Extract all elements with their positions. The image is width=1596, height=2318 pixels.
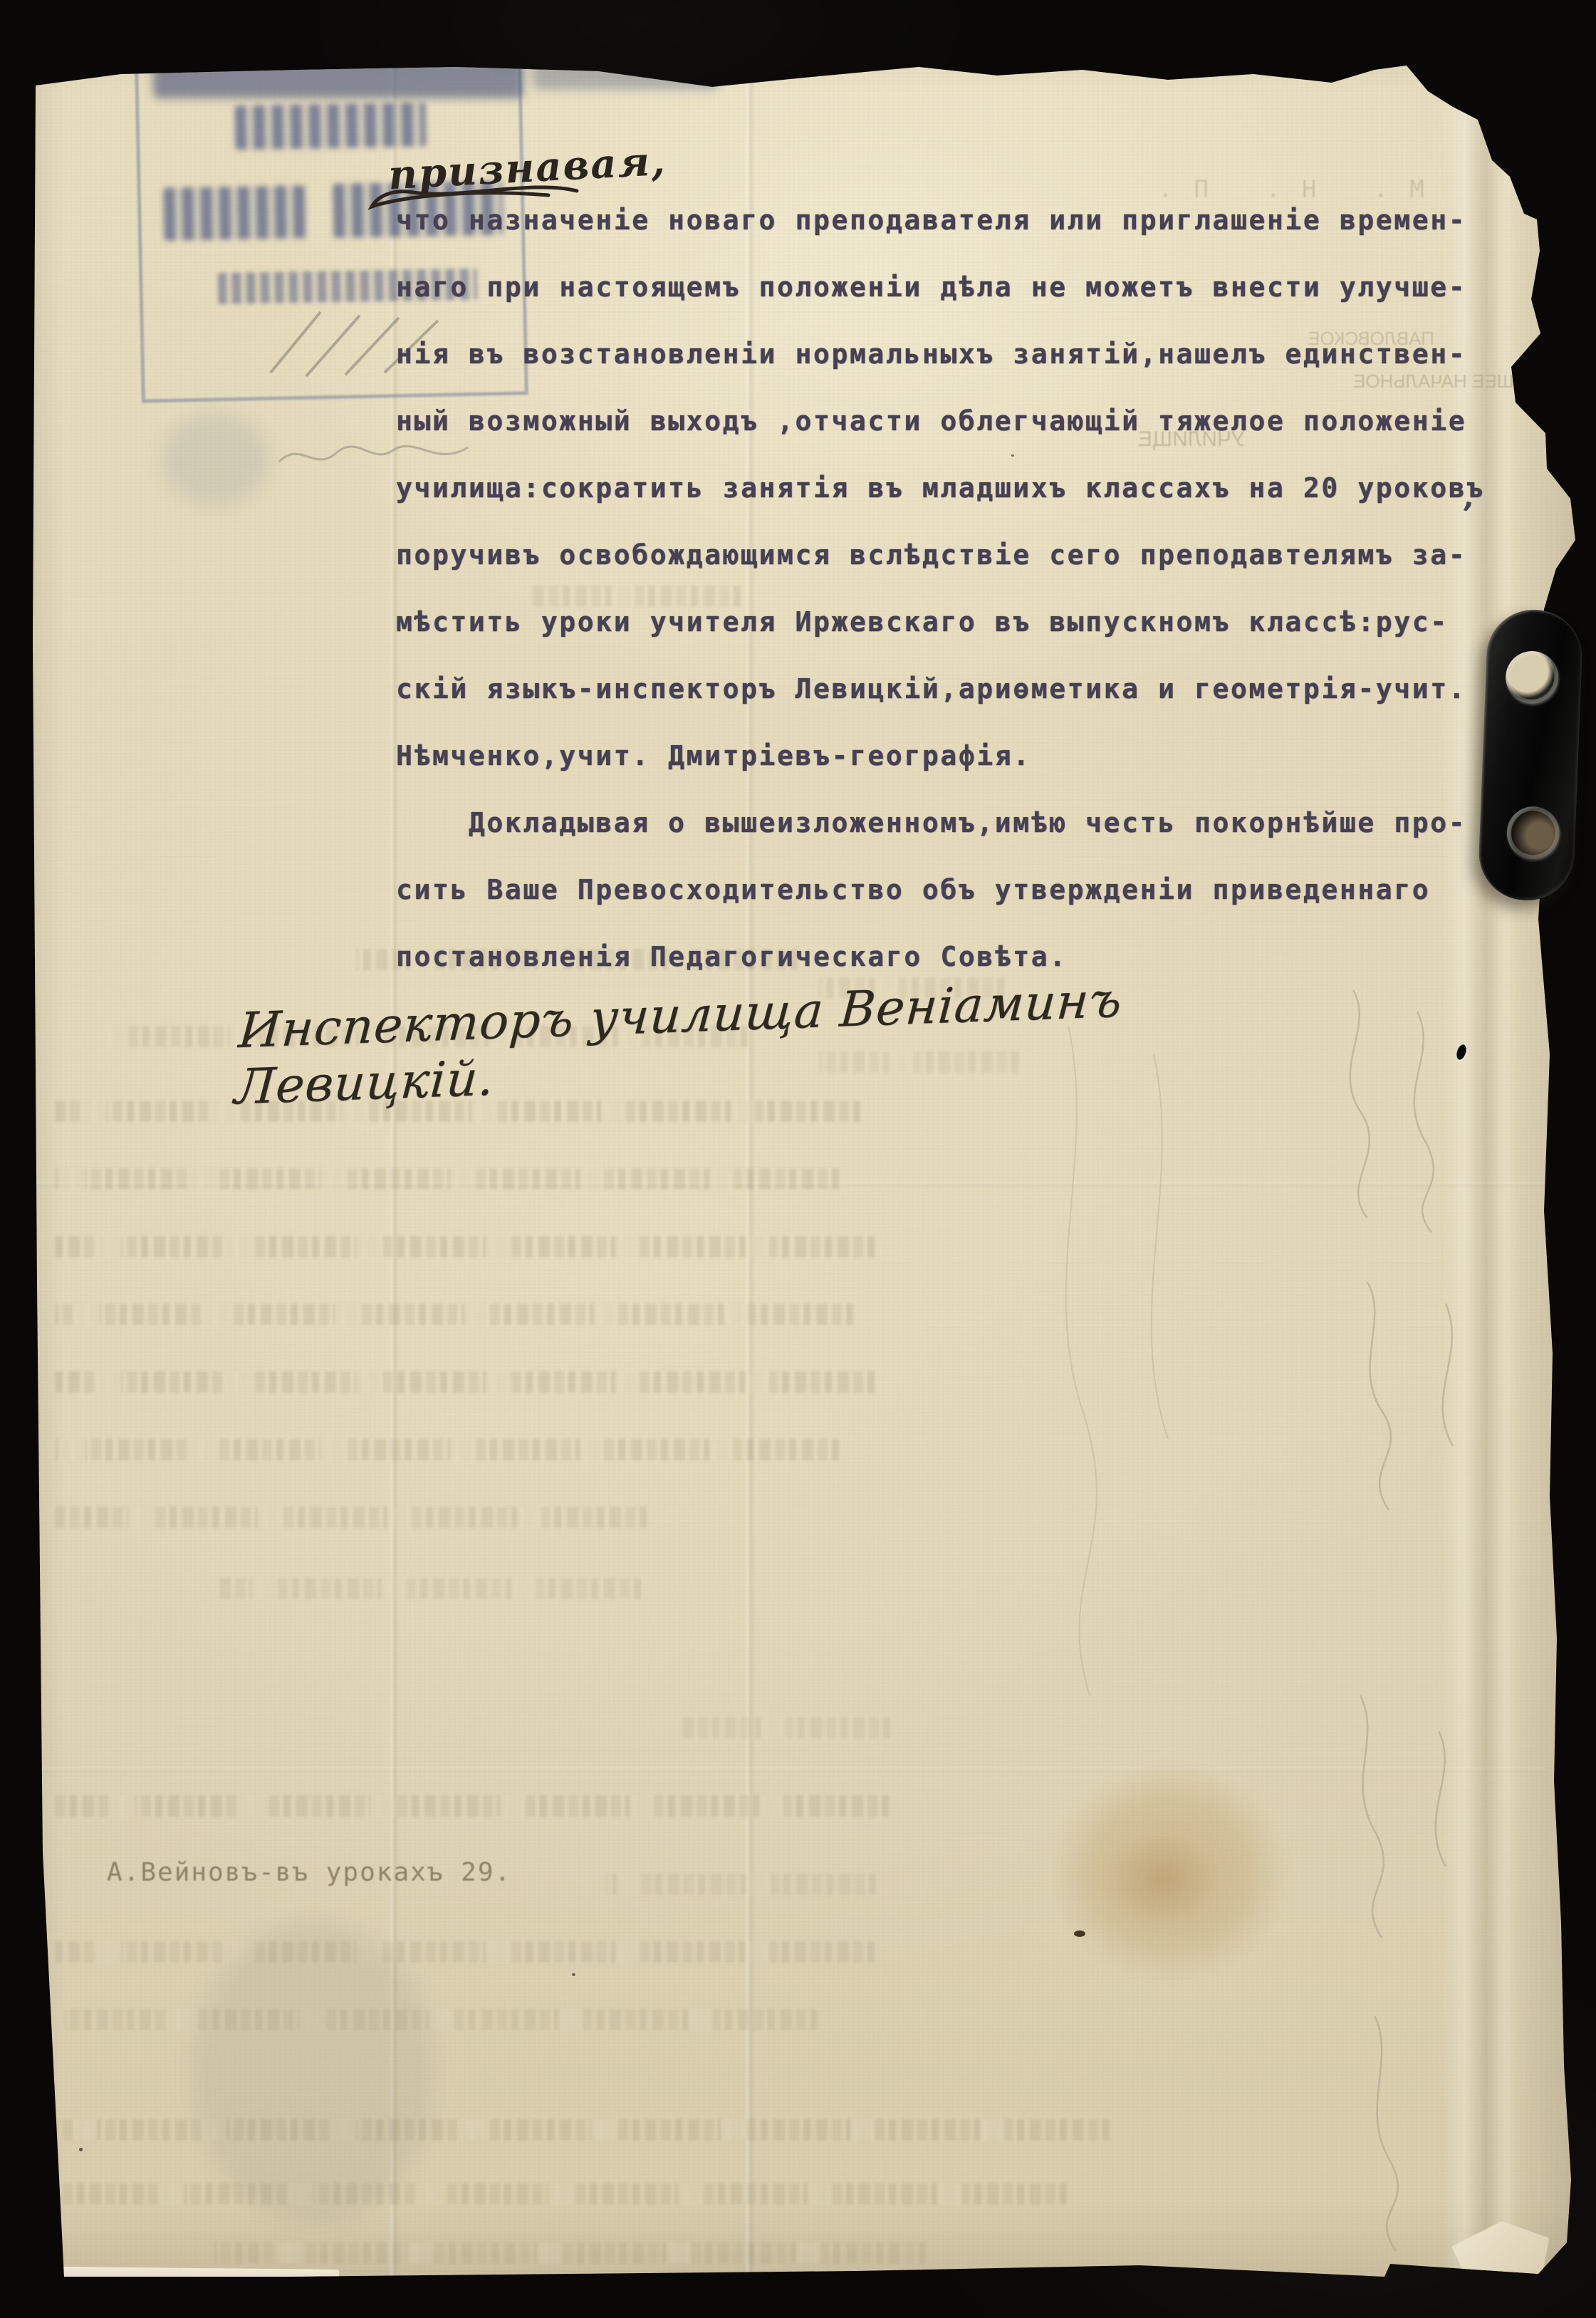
stamp-ghost-blob [162, 413, 269, 506]
photographed-archival-document: { "document": { "marginalia_handwritten"… [0, 0, 1596, 2318]
stain-speck [1074, 1930, 1085, 1937]
bleedthrough-line [214, 2242, 926, 2264]
paper-sheet: М. Н. П. ПАВЛОВСКОЕ ВЫСШЕЕ НАЧАЛЬНОЕ УЧИ… [0, 0, 1596, 2318]
bleedthrough-readable-line: А.Вейновъ-въ урокахъ 29. [107, 1858, 511, 1887]
typed-line: Докладывая о вышеизложенномъ,имѣю честь … [396, 789, 1507, 856]
typed-text-block: что назначеніе новаго преподавателя или … [396, 187, 1507, 990]
paper-stain-core [1090, 1824, 1232, 1938]
bleedthrough-line [56, 1236, 875, 1257]
stamp-text-row1 [234, 103, 426, 150]
bleedthrough-line [56, 1371, 875, 1393]
pencil-marks [1310, 983, 1524, 2265]
fastener-eyelet-bottom [1506, 806, 1560, 861]
bleedthrough-line [56, 1304, 853, 1325]
bleedthrough-line [214, 1578, 641, 1599]
bleedthrough-line [56, 2009, 818, 2030]
bleedthrough-line [56, 1941, 875, 1963]
typed-line: ный возможный выходъ ,отчасти облегчающі… [396, 388, 1507, 454]
bleedthrough-line [56, 1795, 889, 1817]
bleedthrough-line [56, 1168, 839, 1190]
fleck [572, 1973, 575, 1976]
typed-line: что назначеніе новаго преподавателя или … [396, 187, 1507, 254]
bleedthrough-line [56, 1439, 839, 1460]
paper-shadow-blob [192, 1923, 434, 2223]
bleedthrough-line [56, 2183, 1067, 2205]
bleedthrough-line [605, 1873, 876, 1895]
typed-line: наго при настоящемъ положеніи дѣла не мо… [396, 254, 1507, 321]
typed-line: Нѣмченко,учит. Дмитріевъ-географія. [396, 722, 1507, 789]
pencil-marks-center [983, 1012, 1268, 1724]
typed-line: училища:сократить занятія въ младшихъ кл… [396, 454, 1507, 521]
stamp-text-row2a [163, 185, 306, 240]
typed-line: нія въ возстановленіи нормальныхъ заняті… [396, 321, 1507, 388]
typed-line: сить Ваше Превосходительство объ утвержд… [396, 856, 1507, 923]
fastener-eyelet-top [1505, 650, 1560, 705]
typed-line: скій языкъ-инспекторъ Левицкій,ариѳметик… [396, 655, 1507, 722]
bleedthrough-line [677, 1717, 890, 1738]
bleedthrough-line [56, 1507, 647, 1528]
typed-line: поручивъ освобождающимся вслѣдствіе сего… [396, 521, 1507, 588]
metal-fastener [1477, 608, 1584, 903]
typed-line: мѣстить уроки учителя Иржевскаго въ выпу… [396, 588, 1507, 655]
fleck [79, 2148, 83, 2151]
